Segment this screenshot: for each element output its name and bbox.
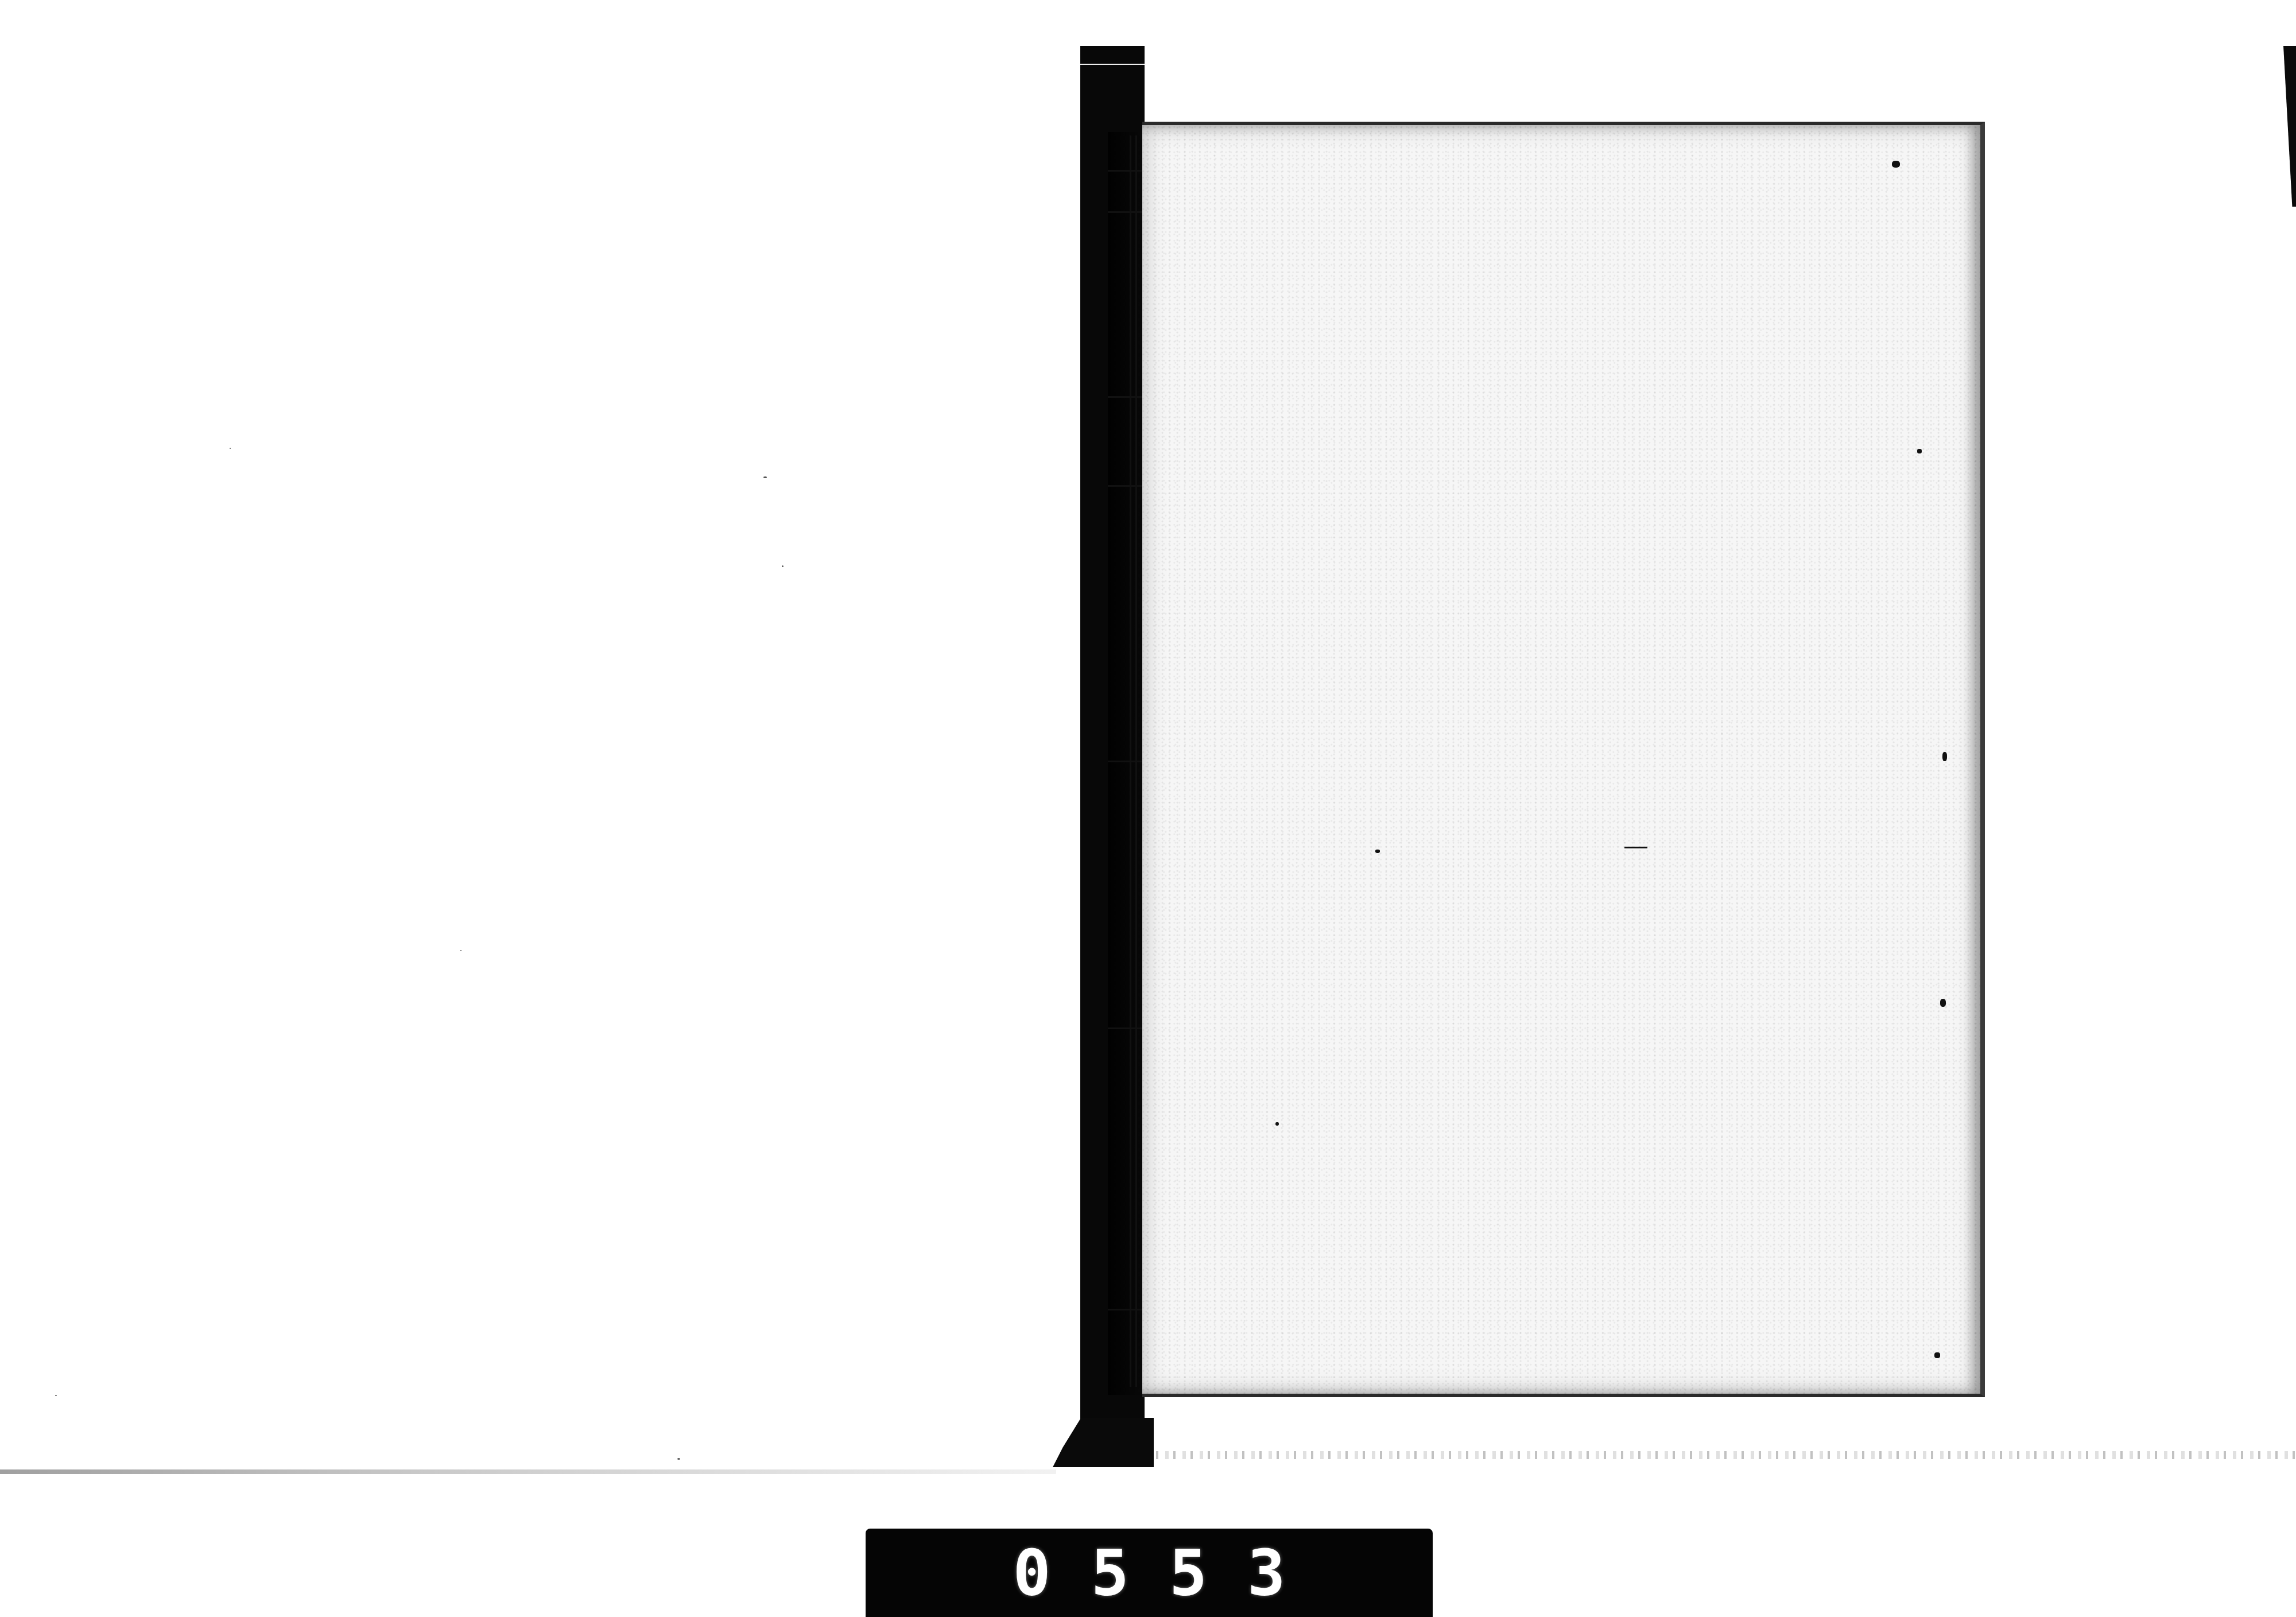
dust-mark <box>1275 1122 1279 1126</box>
dust-mark <box>1624 847 1647 848</box>
speck <box>55 1395 57 1396</box>
spine-shadow <box>1108 132 1142 1395</box>
dust-mark <box>1917 449 1922 453</box>
speck <box>677 1458 680 1460</box>
scan-baseline-left <box>0 1469 1056 1474</box>
dust-mark <box>1892 161 1900 168</box>
binding-stitch <box>1108 170 1142 172</box>
dust-mark <box>1940 999 1946 1007</box>
binding-stitch <box>1108 485 1142 487</box>
speck <box>460 950 461 951</box>
spine-foot <box>1053 1418 1154 1467</box>
frame-number: 0553 <box>973 1536 1326 1610</box>
binding-stitch <box>1108 1309 1142 1310</box>
binding-stitch <box>1108 211 1142 213</box>
spine-top-line <box>1080 64 1145 65</box>
binding-stitch <box>1108 396 1142 398</box>
speck <box>230 448 231 449</box>
dust-mark <box>1375 850 1380 853</box>
frame-counter-label: 0553 <box>866 1529 1433 1617</box>
speck <box>763 476 767 478</box>
dust-mark <box>1942 752 1947 761</box>
next-page-edge <box>2283 46 2296 207</box>
scan-baseline-right <box>1148 1451 2296 1459</box>
book-cover <box>1142 122 1985 1397</box>
speck <box>782 565 784 567</box>
binding-stitch <box>1108 761 1142 762</box>
binding-stitch <box>1108 1027 1142 1029</box>
dust-mark <box>1934 1352 1940 1358</box>
